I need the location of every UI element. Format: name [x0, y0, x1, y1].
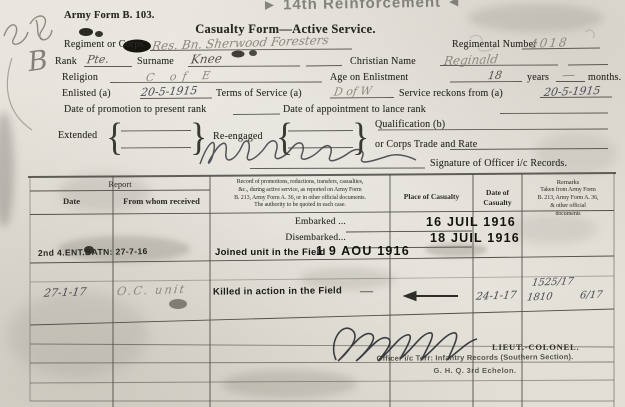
lieut-colonel-title: LIEUT.-COLONEL.	[492, 342, 579, 352]
age-on-enlistment-label: Age on Enlistment	[330, 72, 408, 83]
extended-open-brace: {	[106, 114, 123, 159]
extended-label: Extended	[58, 130, 97, 141]
reinforcement-stamp: ► 14th Reinforcement ◄	[262, 0, 462, 14]
date-of-casualty-line2: Casualty	[473, 198, 522, 208]
report-column-header: Report	[30, 179, 210, 189]
remarks-reference-handwritten: 1525/17	[531, 276, 574, 289]
remarks-header-line: B. 213, Army Form A. 36,	[524, 195, 612, 203]
date-column-header: Date	[30, 196, 113, 206]
remarks-reference-handwritten: 6/17	[579, 290, 603, 302]
form-number: Army Form B. 103.	[64, 10, 155, 21]
stamp-arrow-right-icon: ►	[262, 0, 278, 14]
record-header-line: Record of promotions, reductions, transf…	[212, 179, 388, 187]
remarks-column-header: Remarks Taken from Army Form B. 213, Arm…	[524, 179, 612, 219]
months-dash-handwritten: —	[561, 68, 576, 84]
age-value-handwritten: 18	[487, 69, 503, 83]
regimental-number-label: Regimental Number	[452, 39, 537, 50]
months-label: months.	[588, 72, 621, 83]
date-of-casualty-handwritten: 24-1-17	[475, 289, 517, 302]
qualification-label: Qualification (b)	[375, 119, 445, 130]
remarks-reference-handwritten: 1810	[526, 292, 553, 304]
remarks-header-line: documents	[524, 211, 612, 219]
reengaged-label: Re-engaged	[213, 131, 263, 142]
disembarked-label: Disembarked...	[210, 233, 346, 243]
enlisted-label: Enlisted (a)	[62, 88, 111, 99]
scan-smudge	[222, 370, 357, 398]
rank-label: Rank	[55, 56, 77, 67]
record-header-line: The authority to be quoted in each case.	[212, 202, 388, 210]
joined-unit-stamp: Joined unit in the Field	[215, 247, 326, 258]
record-header-line: B. 213, Army Form A. 36, or in other off…	[212, 195, 388, 203]
reinforcement-stamp-text: 14th Reinforcement	[283, 0, 441, 13]
from-whom-column-header: From whom received	[113, 196, 210, 206]
years-label: years	[527, 72, 549, 83]
killed-in-action-stamp: Killed in action in the Field	[213, 285, 342, 297]
christian-name-label: Christian Name	[350, 56, 416, 67]
embarked-label: Embarked ...	[210, 217, 346, 227]
surname-value-handwritten: Knee	[190, 51, 223, 66]
report-date-handwritten: 27-1-17	[43, 285, 87, 300]
stamp-arrow-left-icon: ◄	[446, 0, 462, 11]
rank-value-handwritten: Pte.	[86, 53, 110, 67]
entrenching-battalion-stamp: 2nd 4.ENT.BATN: 27-7-16	[38, 246, 148, 258]
disembarked-date-stamp: 18 JUIL 1916	[430, 231, 520, 245]
regimental-number-value-handwritten: 4018	[529, 35, 570, 50]
surname-label: Surname	[137, 56, 174, 67]
date-of-casualty-line1: Date of	[473, 188, 522, 198]
place-of-casualty-column-header: Place of Casualty	[390, 192, 473, 201]
reckons-date-handwritten: 20-5-1915	[543, 84, 601, 99]
margin-pencil-letter: B	[26, 45, 50, 78]
embarked-date-stamp: 16 JUIL 1916	[426, 215, 516, 229]
regiment-value-handwritten: Res. Bn. Sherwood Foresters	[151, 33, 330, 53]
date-of-casualty-column-header: Date of Casualty	[473, 188, 522, 208]
scan-smudge	[468, 4, 603, 32]
remarks-header-line: Taken from Army Form	[524, 187, 612, 195]
promotion-date-label: Date of promotion to present rank	[64, 104, 206, 115]
from-whom-received-handwritten: O.C. unit	[116, 282, 187, 298]
extended-close-brace: }	[190, 114, 207, 159]
reengaged-open-brace: {	[276, 114, 293, 159]
christian-name-value-handwritten: Reginald	[443, 52, 499, 68]
enlisted-date-handwritten: 20-5-1915	[140, 84, 198, 99]
casualty-form-document: ► 14th Reinforcement ◄ Army Form B. 103.…	[0, 0, 625, 407]
terms-of-service-value-handwritten: D of W	[333, 84, 373, 98]
record-column-header: Record of promotions, reductions, transf…	[212, 179, 388, 210]
records-office-stamp: Officer i/c Terr: Infantry Records (Sout…	[370, 352, 580, 363]
place-dash-arrow-mark	[404, 292, 458, 301]
remarks-header-line: & other official	[524, 203, 612, 211]
regiment-label: Regiment or Corps	[64, 39, 144, 50]
scan-smudge	[425, 243, 487, 257]
record-dash-mark: —	[360, 283, 373, 299]
reengaged-close-brace: }	[352, 114, 369, 159]
scan-smudge	[0, 112, 14, 227]
terms-of-service-label: Terms of Service (a)	[216, 88, 302, 99]
signature-of-officer-caption: Signature of Officer i/c Records.	[430, 158, 567, 169]
corps-trade-label: or Corps Trade and Rate	[375, 139, 477, 150]
record-header-line: &c., during active service, as reported …	[212, 187, 388, 195]
religion-value-handwritten: C of E	[145, 69, 217, 85]
scan-smudge	[8, 292, 148, 377]
service-reckons-label: Service reckons from (a)	[399, 88, 503, 99]
joined-unit-date-stamp: 1 9 AOU 1916	[316, 244, 410, 258]
echelon-stamp: G. H. Q. 3rd Echelon.	[395, 366, 555, 375]
religion-label: Religion	[62, 72, 98, 83]
